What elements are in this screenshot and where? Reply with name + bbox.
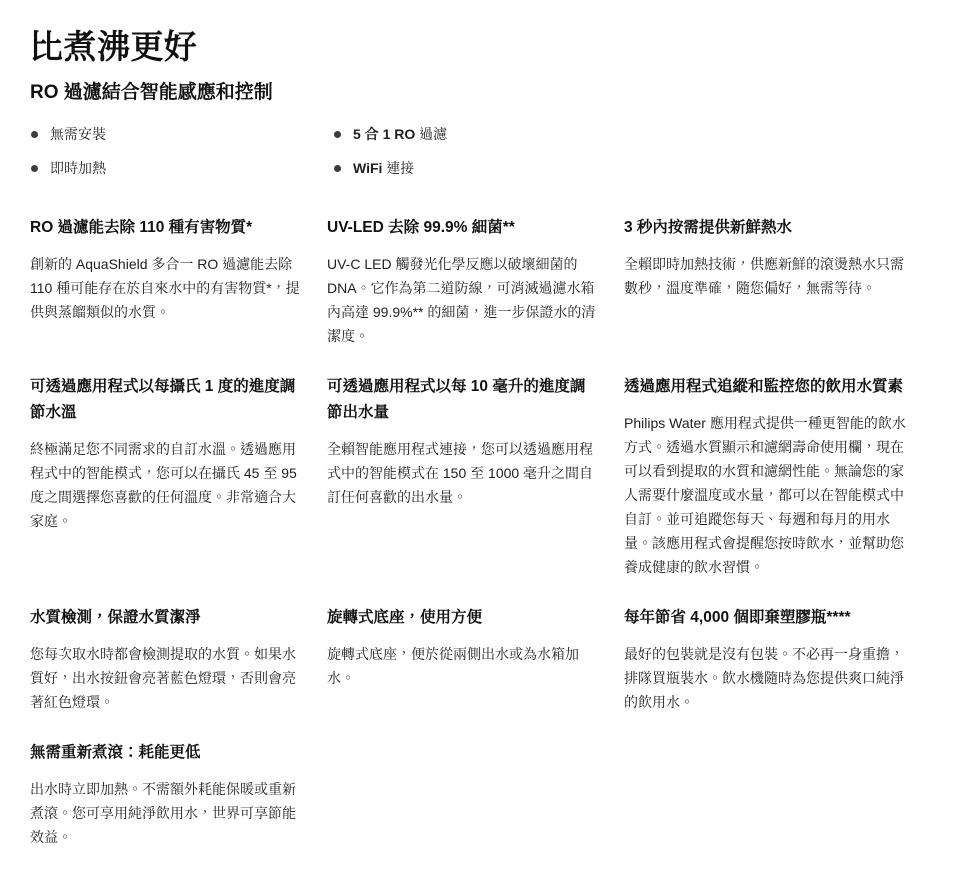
feature-heading: 可透過應用程式以每 10 毫升的進度調節出水量 [327,374,599,426]
feature-ro-filtration: RO 過濾能去除 110 種有害物質* 創新的 AquaShield 多合一 R… [30,215,302,348]
feature-heading: RO 過濾能去除 110 種有害物質* [30,215,302,241]
feature-body: 旋轉式底座，便於從兩側出水或為水箱加水。 [327,642,599,690]
feature-heading: UV-LED 去除 99.9% 細菌** [327,215,599,241]
feature-heading: 旋轉式底座，使用方便 [327,605,599,631]
feature-heading: 無需重新煮滾：耗能更低 [30,740,302,766]
feature-heading: 每年節省 4,000 個即棄塑膠瓶**** [624,605,907,631]
feature-water-quality-check: 水質檢測，保證水質潔淨 您每次取水時都會檢測提取的水質。如果水質好，出水按鈕會亮… [30,605,302,714]
feature-body: 創新的 AquaShield 多合一 RO 過濾能去除 110 種可能存在於自來… [30,252,302,324]
bullet-dot-icon [334,165,341,172]
product-feature-section: 比煮沸更好 RO 過濾結合智能感應和控制 無需安裝 即時加熱 5 合 1 RO … [0,0,959,869]
product-highlights: 無需安裝 即時加熱 5 合 1 RO 過濾 WiFi 連接 [30,123,929,191]
highlights-column-left: 無需安裝 即時加熱 [30,123,333,191]
highlight-no-installation: 無需安裝 [30,123,333,145]
features-grid: RO 過濾能去除 110 種有害物質* 創新的 AquaShield 多合一 R… [30,215,929,849]
highlight-text: 5 合 1 RO 過濾 [353,123,447,145]
highlight-5in1-ro-filtration: 5 合 1 RO 過濾 [333,123,447,145]
feature-app-tracking: 透過應用程式追縱和監控您的飲用水質素 Philips Water 應用程式提供一… [624,374,907,579]
page-subtitle: RO 過濾結合智能感應和控制 [30,80,929,107]
highlight-text: 無需安裝 [50,123,106,145]
highlight-text: WiFi 連接 [353,157,414,179]
feature-body: 出水時立即加熱。不需額外耗能保暖或重新煮滾。您可享用純淨飲用水，世界可享節能效益… [30,777,302,849]
highlight-instant-heating: 即時加熱 [30,157,333,179]
highlight-text: 即時加熱 [50,157,106,179]
feature-heading: 3 秒內按需提供新鮮熱水 [624,215,907,241]
feature-heading: 水質檢測，保證水質潔淨 [30,605,302,631]
feature-save-plastic-bottles: 每年節省 4,000 個即棄塑膠瓶**** 最好的包裝就是沒有包裝。不必再一身重… [624,605,907,714]
feature-body: 您每次取水時都會檢測提取的水質。如果水質好，出水按鈕會亮著藍色燈環，否則會亮著紅… [30,642,302,714]
feature-heading: 可透過應用程式以每攝氏 1 度的進度調節水溫 [30,374,302,426]
feature-uv-led: UV-LED 去除 99.9% 細菌** UV-C LED 觸發光化學反應以破壞… [327,215,599,348]
feature-fresh-hot-water: 3 秒內按需提供新鮮熱水 全賴即時加熱技術，供應新鮮的滾燙熱水只需數秒，溫度準確… [624,215,907,348]
feature-volume-control: 可透過應用程式以每 10 毫升的進度調節出水量 全賴智能應用程式連接，您可以透過… [327,374,599,579]
bullet-dot-icon [31,131,38,138]
feature-rotating-base: 旋轉式底座，使用方便 旋轉式底座，便於從兩側出水或為水箱加水。 [327,605,599,714]
highlight-wifi-connection: WiFi 連接 [333,157,447,179]
bullet-dot-icon [31,165,38,172]
feature-body: 全賴即時加熱技術，供應新鮮的滾燙熱水只需數秒，溫度準確，隨您偏好，無需等待。 [624,252,907,300]
feature-temperature-control: 可透過應用程式以每攝氏 1 度的進度調節水溫 終極滿足您不同需求的自訂水溫。透過… [30,374,302,579]
feature-body: Philips Water 應用程式提供一種更智能的飲水方式。透過水質顯示和濾網… [624,411,907,579]
feature-body: 終極滿足您不同需求的自訂水溫。透過應用程式中的智能模式，您可以在攝氏 45 至 … [30,437,302,533]
bullet-dot-icon [334,131,341,138]
highlights-column-right: 5 合 1 RO 過濾 WiFi 連接 [333,123,447,191]
feature-body: UV-C LED 觸發光化學反應以破壞細菌的 DNA。它作為第二道防線，可消滅過… [327,252,599,348]
feature-no-reboiling: 無需重新煮滾：耗能更低 出水時立即加熱。不需額外耗能保暖或重新煮滾。您可享用純淨… [30,740,302,849]
feature-heading: 透過應用程式追縱和監控您的飲用水質素 [624,374,907,400]
page-title: 比煮沸更好 [30,26,929,67]
feature-body: 全賴智能應用程式連接，您可以透過應用程式中的智能模式在 150 至 1000 毫… [327,437,599,509]
feature-body: 最好的包裝就是沒有包裝。不必再一身重擔，排隊買瓶裝水。飲水機隨時為您提供爽口純淨… [624,642,907,714]
